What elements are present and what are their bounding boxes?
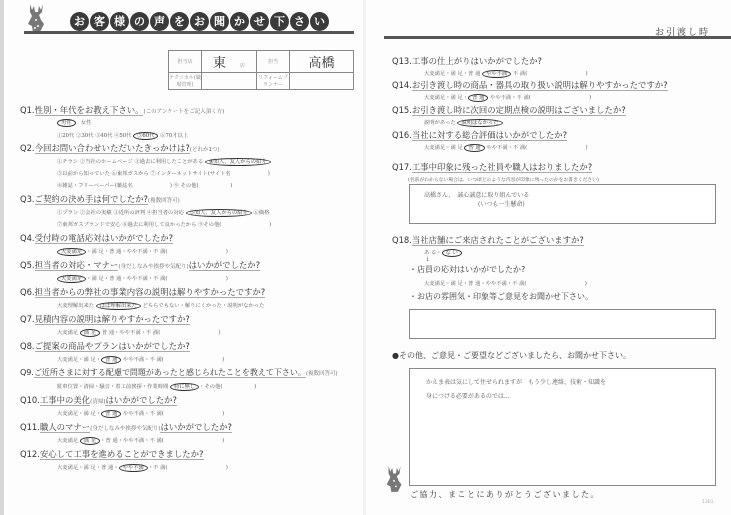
q5-options: 大変満足・満 足・普 通・やや不満・不 満( ) — [57, 274, 228, 282]
q3-selected[interactable]: ⑤知人、友人からの紹介 — [186, 209, 252, 217]
q10-options: 大変満足・満 足・普 通 やや不満・不 満( ) — [57, 409, 224, 417]
page-title: お客様の声をお聞かせ下さい — [70, 12, 329, 31]
page-code: 1301 — [702, 500, 713, 505]
q11-selected[interactable]: 満 足 — [80, 437, 100, 445]
q18-sub2-answer-box[interactable] — [409, 309, 716, 339]
rep-value: 高橋 — [308, 56, 334, 71]
q17-answer-box[interactable]: 高橋さん、 誠心誠意に取り組んでいる (いつも一生懸命) — [409, 184, 716, 224]
question-q10: Q10.工事中の美化(清掃)はいかがでしたか? — [20, 394, 177, 406]
title-char: 聞 — [210, 12, 229, 31]
title-char: か — [230, 12, 249, 31]
q8-selected[interactable]: 普 通 — [101, 356, 121, 364]
q1-age-selected[interactable]: ⑤60代 — [133, 132, 158, 140]
other-comments-box[interactable]: かえま表は気にして住せられますが もう少し連絡、技術・知識を 身につける必要があ… — [409, 368, 716, 486]
q16-selected[interactable]: 普 通 — [464, 144, 484, 152]
q7-options: 大変満足 満 足 普 通・やや不満・不 満( ) — [57, 328, 221, 336]
q4-options: 大変満足・満 足・普 通・やや不満・不 満( ) — [57, 247, 228, 255]
question-q3: Q3.ご契約の決め手は何でしたか?(複数回答可) — [20, 193, 180, 205]
question-q11: Q11.職人のマナー(身だしなみや挨拶や気配り)はいかがでしたか? — [20, 421, 232, 433]
title-char: 様 — [110, 12, 129, 31]
q6-options: 大変理解出来た ほぼ理解出来た どちらでもない・解りにくかった・説明がなかった — [57, 301, 264, 309]
title-char: を — [170, 12, 189, 31]
survey-page-right: お引渡し時 Q13.工事の仕上がりはいかがでしたか? 大変満足・満 足・普 通 … — [366, 0, 731, 515]
question-q8: Q8.ご提案の商品やプランはいかがでしたか? — [20, 340, 190, 352]
title-char: お — [190, 12, 209, 31]
question-q4: Q4.受付時の電話応対はいかがでしたか? — [20, 232, 173, 244]
title-char: 声 — [150, 12, 169, 31]
title-char: さ — [290, 12, 309, 31]
question-q9: Q9.ご近所さまに対する配慮で問題があったと感じられたことを教えて下さい。(複数… — [20, 367, 338, 378]
question-q18: Q18.当社店舗にご来店されたことがございますか? — [392, 234, 584, 246]
thank-you-message: ご協力、まことにありがとうございました。 — [410, 489, 600, 500]
q7-selected[interactable]: 満 足 — [80, 329, 100, 337]
header-rule — [384, 36, 731, 39]
question-q6: Q6.担当者からの弊社の事業内容の説明は解りやすかったですか? — [20, 286, 265, 298]
q9-selected[interactable]: 特に無し — [170, 383, 199, 391]
q13-options: 大変満足・満 足・普 通 やや不満 不 満( ) — [424, 69, 588, 77]
q4-selected[interactable]: 大変満足 — [57, 248, 86, 256]
question-q7: Q7.見積内容の説明は解りやすかったですか? — [20, 313, 190, 325]
q18-sub-question-2: ・お店の雰囲気・印象等ご意見をお聞かせ下さい。 — [409, 291, 593, 302]
planner-value — [290, 73, 354, 90]
other-answer-line1: かえま表は気にして住せられますが もう少し連絡、技術・知識を — [426, 377, 606, 386]
question-q12: Q12.安心して工事を進めることができましたか? — [20, 448, 204, 460]
question-q17: Q17.工事中印象に残った社員や職人はおりましたか? — [392, 161, 592, 173]
q1-age-options: ①20代 ②30代 ③40代 ④50代 ⑤60代 ⑥70才以上 — [57, 131, 188, 139]
q12-options: 大変満足・満 足・普 通・やや不満・不 満( ) — [57, 463, 228, 471]
q18-options: あ る・な い — [424, 248, 462, 256]
q3-options-line2: ⑦東邦ガスブランドで安心 ⑧過去に利用して良かったから ⑨その他( ) — [57, 220, 271, 228]
staff-table: 担当店 東店 担当 高橋 テクニカル(職場管理) リフォームプランナー — [168, 50, 354, 90]
question-q5: Q5.担当者の対応・マナー(身だしなみや挨拶や気配り)はいかがでしたか? — [20, 259, 260, 271]
deer-logo-icon — [24, 2, 50, 34]
q2-options-line1: ①チラシ ②当社のホームページ ③過去に利用したことがある ④知人、友人からの紹… — [57, 157, 271, 165]
q9-options: 駐車位置・清掃・騒音・着工前挨拶・作業時間 特に無し・その他( ) — [57, 382, 256, 390]
title-char: 客 — [90, 12, 109, 31]
q18-selected[interactable]: な い — [442, 249, 462, 257]
other-answer-line2: 身につける必要があるのでは… — [426, 391, 510, 400]
q13-selected[interactable]: やや不満 — [482, 70, 511, 78]
title-char: い — [310, 12, 329, 31]
store-value: 東 — [213, 56, 226, 71]
rep-label: 担当 — [257, 51, 290, 73]
question-q13: Q13.工事の仕上がりはいかがでしたか? — [392, 55, 542, 67]
other-comments-heading: ●その他、ご意見・ご要望などございましたら、お聞かせ下さい。 — [392, 350, 631, 361]
q3-options-line1: ①プラン ②会社の実績 ③近所の評判 ④担当者の対応 ⑤知人、友人からの紹介 ⑥… — [57, 208, 269, 216]
store-label: 担当店 — [169, 51, 202, 73]
q2-selected[interactable]: ④知人、友人からの紹介 — [205, 158, 271, 166]
survey-page-left: お客様の声をお聞かせ下さい 担当店 東店 担当 高橋 テクニカル(職場管理) リ… — [0, 0, 363, 515]
q1-gender-options: 男性 女性 — [57, 118, 91, 126]
q18-sub1-options[interactable]: 大変満足・満 足・普 通・やや不満・不 満( ) — [424, 279, 587, 287]
q2-options-line2: ⑤以前から知っていた ⑥東邦ガスから ⑦インターネットサイト(サイト名 ) — [57, 169, 270, 177]
q15-selected[interactable]: 説明はなかった — [457, 119, 502, 127]
title-underline — [24, 31, 354, 34]
planner-label: リフォームプランナー — [257, 73, 290, 90]
q10-selected[interactable]: 普 通 — [101, 410, 121, 418]
q6-selected[interactable]: ほぼ理解出来た — [96, 302, 141, 310]
q12-selected[interactable]: やや不満 — [119, 464, 148, 472]
q11-options: 大変満足 満 足・普 通・やや不満・不 満( ) — [57, 436, 224, 444]
title-char: せ — [250, 12, 269, 31]
question-q15: Q15.お引き渡し時に次回の定期点検の説明はございましたか? — [392, 104, 626, 116]
technical-label: テクニカル(職場管理) — [169, 73, 202, 90]
title-char: お — [70, 12, 89, 31]
q2-options-line3: ⑧雑誌・フリーペーパー(雑誌名 ) ⑨ その他( ) — [57, 181, 232, 189]
q17-answer-line2: (いつも一生懸命) — [478, 199, 525, 208]
question-q1: Q1.性別・年代をお教え下さい。(このアンケートをご記入頂く方) — [20, 104, 224, 116]
question-q14: Q14.お引き渡し時の商品・器具の取り扱い説明は解りやすかったですか? — [392, 79, 668, 91]
q1-gender-selected[interactable]: 男性 — [57, 119, 76, 127]
q15-options: 説明があった 説明はなかった — [424, 118, 503, 126]
title-char: の — [130, 12, 149, 31]
q17-instruction: (名前がわからない場合は、いつ頃どのような内容が印象に残ったのかをお書きください… — [408, 176, 599, 183]
q14-selected[interactable]: 普 通 — [468, 94, 488, 102]
q5-selected[interactable]: 大変満足 — [57, 275, 86, 283]
q18-sub-question-1: ・店員の応対はいかがでしたか? — [409, 264, 525, 275]
q8-options: 大変満足・満 足・普 通 やや不満・不 満( ) — [57, 355, 224, 363]
title-char: 下 — [270, 12, 289, 31]
question-q16: Q16.当社に対する総合評価はいかがでしたか? — [392, 129, 567, 141]
deer-logo-icon — [383, 464, 407, 494]
arrow-down-icon: ↓ — [425, 256, 430, 263]
q17-answer-line1: 高橋さん、 誠心誠意に取り組んでいる — [424, 190, 529, 199]
technical-value — [202, 73, 257, 90]
question-q2: Q2.今回お問い合わせいただいたきっかけは?(どれか1つ) — [20, 142, 220, 154]
q14-options: 大変満足・満 足・普 通 やや不満・不 満( ) — [424, 93, 591, 101]
q16-options: 大変満足・満 足 普 通 やや不満・不 満( ) — [424, 143, 588, 151]
